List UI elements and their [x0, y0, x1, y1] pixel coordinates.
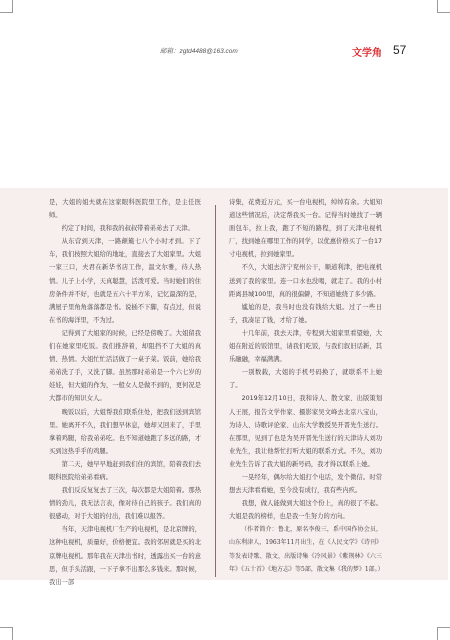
column-divider — [215, 205, 216, 577]
author-bio: （作者简介：鲁北，原名李俊三，系中国作协会员，山东利津人，1963年11月出生，… — [229, 523, 382, 575]
article-paragraph: 约定了时间，我和我的叔叔带着弟弟去了天津。 — [49, 222, 201, 235]
crop-mark-bottom-left — [0, 627, 13, 640]
page-header: 邮箱：zgtd4488@163.com 文学角 57 — [0, 44, 450, 60]
article-paragraph: 是，大姐的姐夫就在这家眼科医院里工作，是主任医师。 — [49, 196, 201, 222]
article-paragraph: 不久，大姐去济宁兖州公干，顺道利津，把电视机送到了我的家里。连一口水也没喝，就走… — [229, 261, 382, 300]
article-left-column: 是，大姐的姐夫就在这家眼科医院里工作，是主任医师。约定了时间，我和我的叔叔带着弟… — [49, 196, 201, 589]
crop-mark-top-right — [437, 0, 450, 13]
article-paragraph: 我想，做人能做到大姐这个份上，真的很了不起。大姐是我的榜样，也是我一生努力的方向… — [229, 497, 382, 523]
article-paragraph: 我们反反复复去了三次，每次都是大姐陪着。那热情的劲儿，我无法言表，像对待自己的孩… — [49, 484, 201, 523]
page-number: 57 — [393, 43, 406, 57]
crop-mark-bottom-right — [437, 627, 450, 640]
article-paragraph: 记得到了大姐家的时候，已经是傍晚了。大姐留我们在她家里吃饭。我们推辞着，却阻挡不… — [49, 327, 201, 406]
article-paragraph: 一晃经年，偶尔给大姐打个电话，发个微信。时常想去天津看看她，至今没有成行，我有些… — [229, 471, 382, 497]
section-title: 文学角 — [352, 44, 382, 59]
crop-mark-top-left — [0, 0, 13, 13]
article-paragraph: 从东营到天津，一路颠簸七八个小时才到。下了车，我们按照大姐给的地址，直接去了大姐… — [49, 235, 201, 327]
article-panel: 是，大姐的姐夫就在这家眼科医院里工作，是主任医师。约定了时间，我和我的叔叔带着弟… — [0, 188, 448, 580]
article-paragraph: 当年，天津电视机厂生产的电视机，是北京牌的，这种电视机，质量好，价格便宜。我的邻… — [49, 523, 201, 588]
article-paragraph: 诗集，花费近万元，买一台电视机，绰绰有余。大姐知道这些情况后，决定帮我买一台。记… — [229, 196, 382, 261]
article-paragraph: 晚饭以后，大姐帮我们联系住处，把我们送到宾馆里。她离开不久，我们想早休息，她却又… — [49, 406, 201, 458]
article-paragraph: 2019年12月10日，我和诗人、散文家、出版策划人王展，报告文学作家、摄影家吴… — [229, 392, 382, 471]
header-email: 邮箱：zgtd4488@163.com — [160, 46, 238, 55]
article-paragraph: 尴尬的是，我当时也没有钱给大姐。过了一些日子，我凑足了钱，才给了她。 — [229, 301, 382, 327]
article-paragraph: 第二天，她早早地赶到我们住的宾馆，陪着我们去眼科医院给弟弟看病。 — [49, 458, 201, 484]
article-paragraph: 十几年前，我去天津，专程到大姐家里看望她，大姐在附近的饭馆里，请我们吃饭，与我们… — [229, 327, 382, 366]
article-right-column: 诗集，花费近万元，买一台电视机，绰绰有余。大姐知道这些情况后，决定帮我买一台。记… — [229, 196, 382, 576]
article-paragraph: 一别数载，大姐的手机号码换了，就联系不上她了。 — [229, 366, 382, 392]
